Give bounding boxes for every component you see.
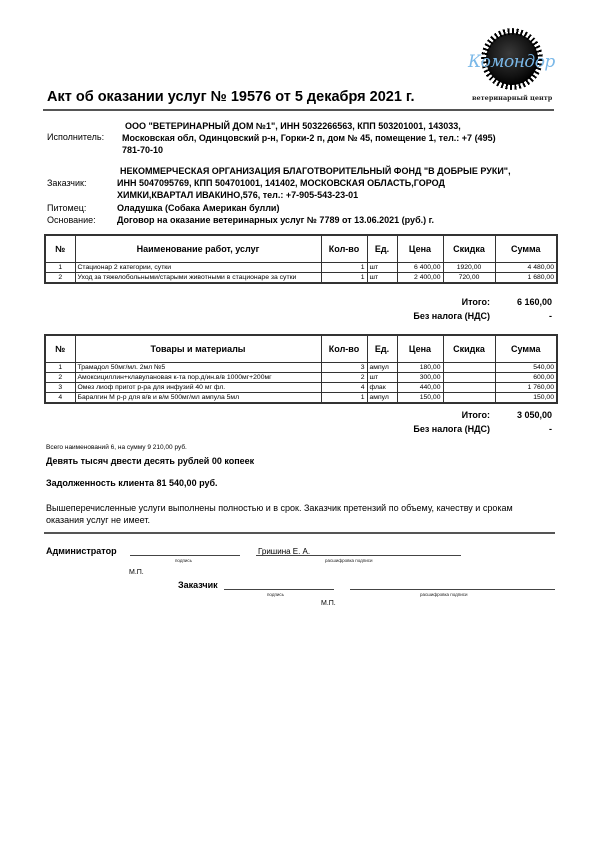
col-discount: Скидка [443,235,495,263]
executor-line: Московская обл, Одинцовский р-н, Горки-2… [122,132,562,144]
customer-decode-caption: расшифровка подписи [420,592,467,597]
cell-qty: 3 [321,363,367,373]
executor-line: 781-70-10 [122,144,562,156]
cell-price: 300,00 [397,373,443,383]
cell-name: Баралгин М р-р для в/в и в/м 500мг/мл ам… [75,393,321,404]
customer-stamp-label: М.П. [321,600,336,607]
col-price: Цена [397,235,443,263]
table-row: 2Амоксициллин+клавулановая к-та пор.д/ин… [45,373,557,383]
cell-number: 2 [45,273,75,284]
cell-qty: 4 [321,383,367,393]
cell-number: 3 [45,383,75,393]
admin-stamp-label: М.П. [129,569,144,576]
services-total-label: Итого: [370,297,490,307]
table-row: 4Баралгин М р-р для в/в и в/м 500мг/мл а… [45,393,557,404]
cell-name: Уход за тяжелобольными/старыми животными… [75,273,321,284]
cell-discount [443,393,495,404]
clinic-logo: Комондор ветеринарный центр [468,30,558,106]
client-debt: Задолженность клиента 81 540,00 руб. [46,478,218,488]
customer-label: Заказчик: [47,178,86,188]
cell-qty: 1 [321,393,367,404]
col-name: Товары и материалы [75,335,321,363]
col-name: Наименование работ, услуг [75,235,321,263]
col-qty: Кол-во [321,335,367,363]
cell-sum: 150,00 [495,393,557,404]
cell-sum: 1 680,00 [495,273,557,284]
items-count-line: Всего наименований 6, на сумму 9 210,00 … [46,444,187,451]
cell-qty: 1 [321,273,367,284]
cell-unit: шт [367,373,397,383]
goods-total-label: Итого: [370,410,490,420]
table-row: 2Уход за тяжелобольными/старыми животным… [45,273,557,284]
executor-line: ООО "ВЕТЕРИНАРНЫЙ ДОМ №1", ИНН 503226656… [122,120,562,132]
cell-qty: 2 [321,373,367,383]
cell-name: Амоксициллин+клавулановая к-та пор.д/ин.… [75,373,321,383]
customer-signature-caption: подпись [267,592,284,597]
admin-label: Администратор [46,546,117,556]
cell-discount [443,363,495,373]
services-total-value: 6 160,00 [482,297,552,307]
cell-discount: 1920,00 [443,263,495,273]
basis-value: Договор на оказание ветеринарных услуг №… [117,214,434,226]
cell-unit: флак [367,383,397,393]
table-row: 1Стационар 2 категории, сутки1шт6 400,00… [45,263,557,273]
col-unit: Ед. [367,335,397,363]
goods-table: № Товары и материалы Кол-во Ед. Цена Ски… [44,334,558,404]
col-number: № [45,235,75,263]
col-number: № [45,335,75,363]
cell-unit: ампул [367,363,397,373]
cell-discount: 720,00 [443,273,495,284]
pet-label: Питомец: [47,203,86,213]
services-vat-value: - [482,311,552,321]
cell-unit: шт [367,263,397,273]
table-row: 1Трамадол 50мг/мл. 2мл №53ампул180,00540… [45,363,557,373]
pet-value: Оладушка (Собака Американ булли) [117,202,279,214]
executor-details: ООО "ВЕТЕРИНАРНЫЙ ДОМ №1", ИНН 503226656… [122,120,562,156]
basis-label: Основание: [47,215,96,225]
cell-number: 4 [45,393,75,404]
cell-price: 440,00 [397,383,443,393]
cell-discount [443,383,495,393]
executor-label: Исполнитель: [47,132,104,142]
cell-number: 2 [45,373,75,383]
cell-qty: 1 [321,263,367,273]
customer-line: НЕКОММЕРЧЕСКАЯ ОРГАНИЗАЦИЯ БЛАГОТВОРИТЕЛ… [117,165,562,177]
customer-line: ИНН 5047095769, КПП 504701001, 141402, М… [117,177,562,189]
amount-in-words: Девять тысяч двести десять рублей 00 коп… [46,456,254,466]
cell-name: Омез лиоф пригот р-ра для инфузий 40 мг … [75,383,321,393]
admin-decode-line [256,555,461,556]
logo-script-text: Комондор [468,52,555,72]
col-unit: Ед. [367,235,397,263]
col-price: Цена [397,335,443,363]
col-sum: Сумма [495,335,557,363]
cell-discount [443,373,495,383]
admin-signature-line[interactable] [130,555,240,556]
cell-price: 6 400,00 [397,263,443,273]
goods-vat-value: - [482,424,552,434]
cell-sum: 540,00 [495,363,557,373]
table-row: 3Омез лиоф пригот р-ра для инфузий 40 мг… [45,383,557,393]
customer-line: ХИМКИ,КВАРТАЛ ИВАКИНО,576, тел.: +7-905-… [117,189,562,201]
admin-signature-caption: подпись [175,558,192,563]
customer-signature-line[interactable] [224,589,334,590]
col-discount: Скидка [443,335,495,363]
customer-details: НЕКОММЕРЧЕСКАЯ ОРГАНИЗАЦИЯ БЛАГОТВОРИТЕЛ… [117,165,562,201]
services-table: № Наименование работ, услуг Кол-во Ед. Ц… [44,234,558,284]
cell-price: 180,00 [397,363,443,373]
col-qty: Кол-во [321,235,367,263]
summary-divider [44,532,555,534]
customer-sign-label: Заказчик [178,580,218,590]
goods-total-value: 3 050,00 [482,410,552,420]
goods-vat-label: Без налога (НДС) [370,424,490,434]
customer-decode-line [350,589,555,590]
goods-table-header: № Товары и материалы Кол-во Ед. Цена Ски… [45,335,557,363]
cell-sum: 4 480,00 [495,263,557,273]
document-title: Акт об оказании услуг № 19576 от 5 декаб… [47,89,415,105]
services-table-header: № Наименование работ, услуг Кол-во Ед. Ц… [45,235,557,263]
cell-unit: ампул [367,393,397,404]
cell-number: 1 [45,263,75,273]
completion-statement: Вышеперечисленные услуги выполнены полно… [46,502,546,526]
cell-name: Трамадол 50мг/мл. 2мл №5 [75,363,321,373]
header-divider [43,109,554,111]
services-vat-label: Без налога (НДС) [370,311,490,321]
cell-price: 2 400,00 [397,273,443,284]
admin-decode-caption: расшифровка подписи [325,558,372,563]
cell-name: Стационар 2 категории, сутки [75,263,321,273]
cell-price: 150,00 [397,393,443,404]
cell-unit: шт [367,273,397,284]
cell-number: 1 [45,363,75,373]
cell-sum: 1 760,00 [495,383,557,393]
logo-subtitle: ветеринарный центр [472,94,552,102]
col-sum: Сумма [495,235,557,263]
cell-sum: 600,00 [495,373,557,383]
